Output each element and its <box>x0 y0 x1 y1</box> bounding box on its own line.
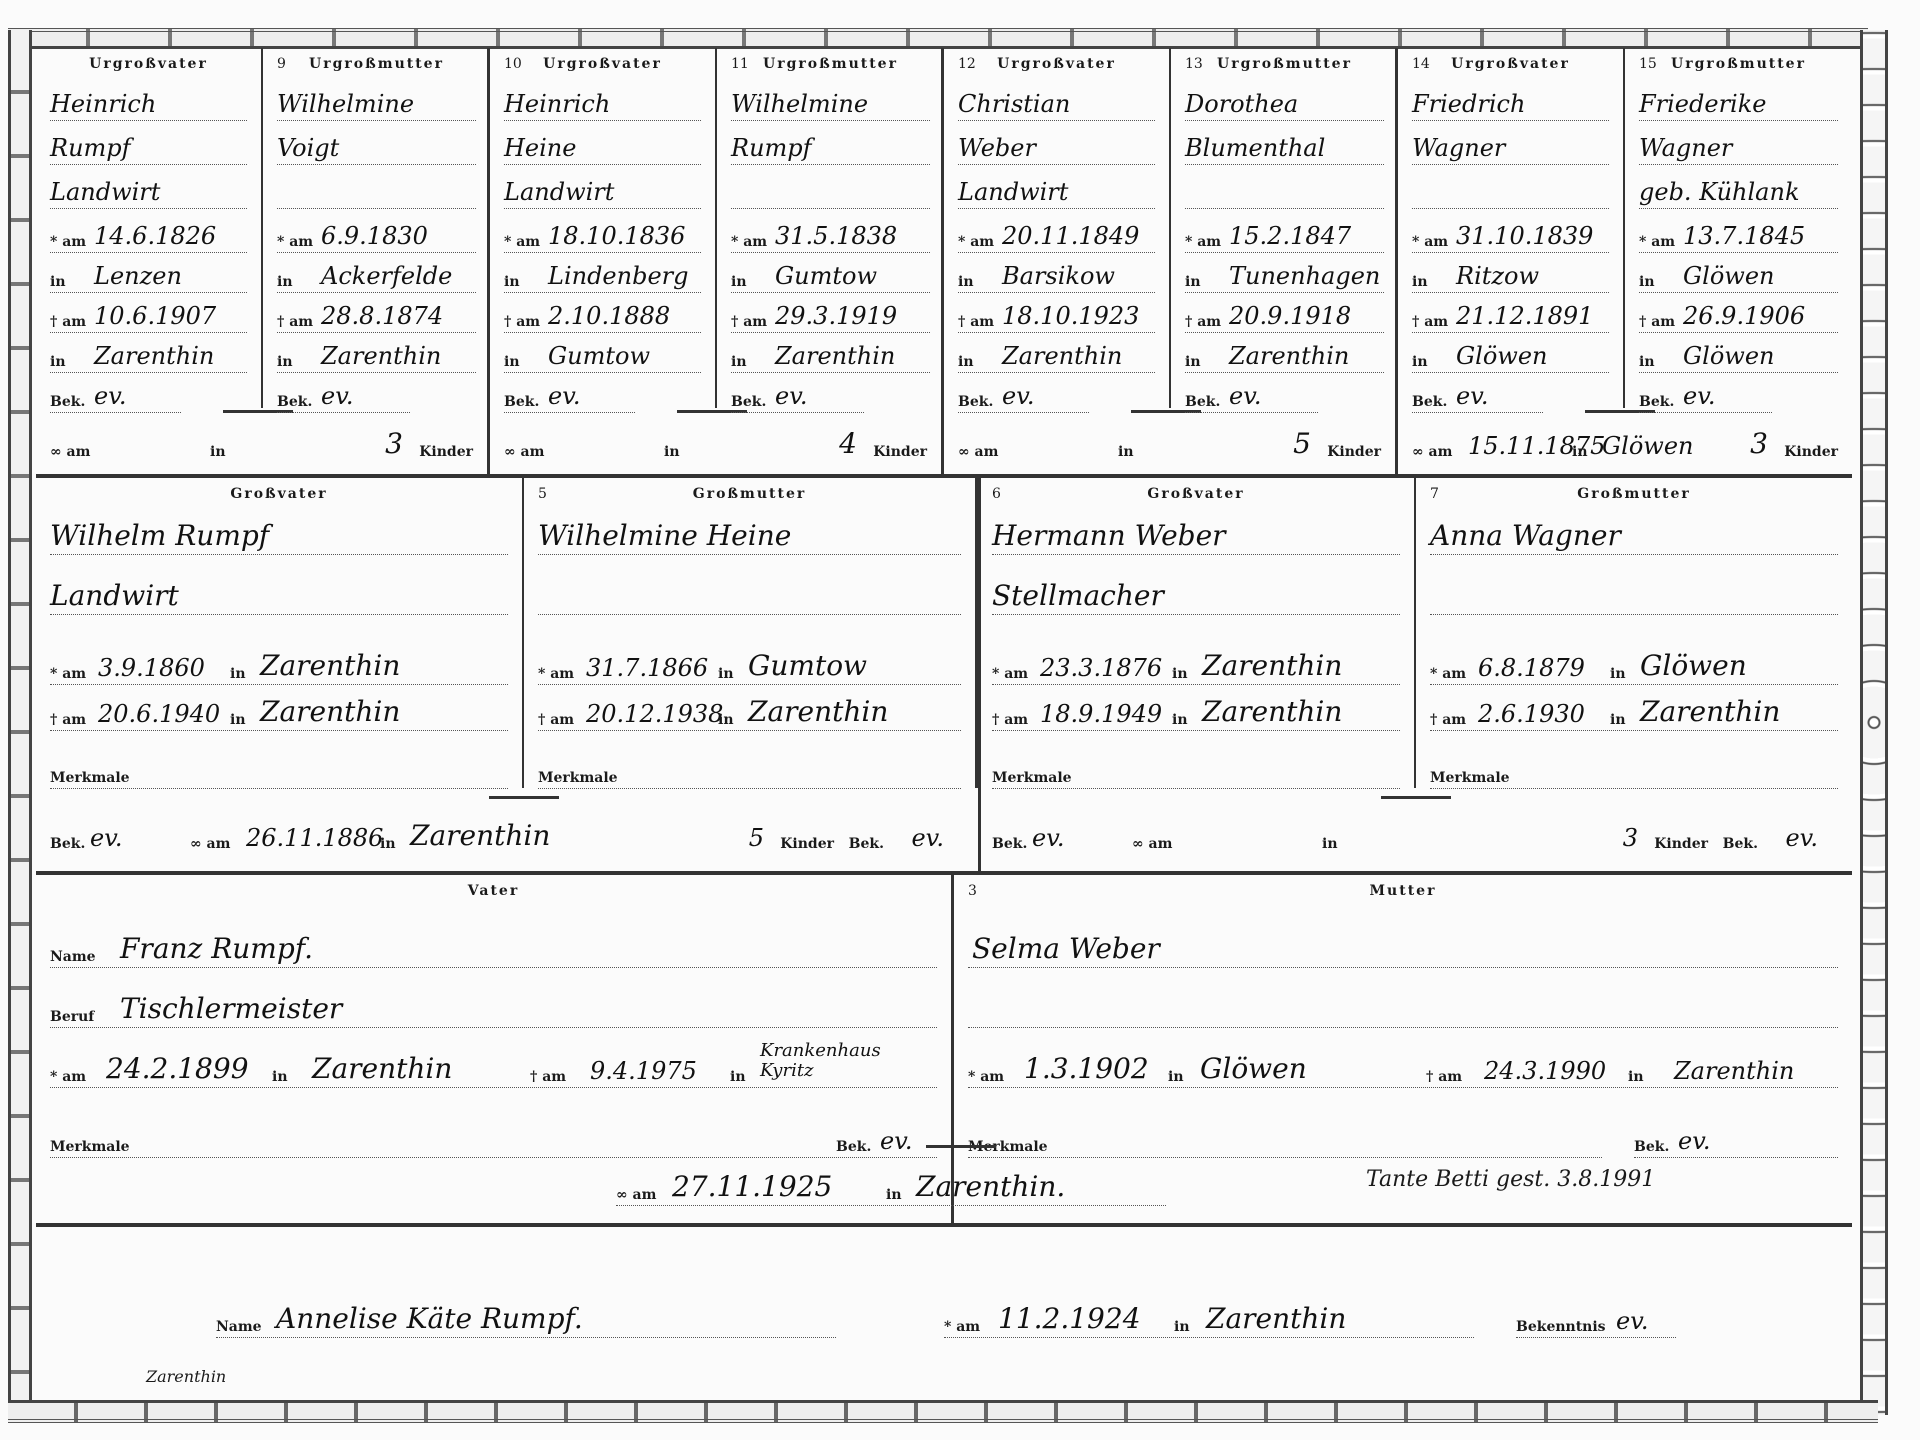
name-line: Wilhelmine <box>277 80 476 121</box>
name-line: Rumpf <box>731 124 930 165</box>
died-date: 2.6.1930 <box>1478 700 1585 728</box>
born-label: * am <box>992 666 1028 682</box>
name-line: Friederike <box>1639 80 1838 121</box>
record-line: inLindenberg <box>504 252 701 293</box>
father-died-date: 9.4.1975 <box>590 1057 697 1085</box>
name-label: Name <box>50 949 96 965</box>
parents-marriage-line: ∞ am 27.11.1925 in Zarenthin. <box>616 1165 1166 1206</box>
field-value: 18.10.1836 <box>548 222 685 250</box>
mother-bek: ev. <box>1678 1127 1711 1155</box>
record-line: † am18.10.1923 <box>958 292 1155 333</box>
name-text: Anna Wagner <box>1430 519 1621 552</box>
record-line: inBarsikow <box>958 252 1155 293</box>
field-label: in <box>50 354 66 370</box>
field-label: in <box>504 354 520 370</box>
field-value: ev. <box>775 382 808 410</box>
column-divider <box>978 478 981 871</box>
name-line: Rumpf <box>50 124 247 165</box>
record-line: inGumtow <box>504 332 701 373</box>
name-text: geb. Kühlank <box>1639 178 1800 206</box>
merkmale-line: Merkmale <box>1430 748 1838 789</box>
field-value: 14.6.1826 <box>94 222 216 250</box>
died-place: Zarenthin <box>1640 695 1780 728</box>
field-value: 10.6.1907 <box>94 302 216 330</box>
born-date: 31.7.1866 <box>586 654 708 682</box>
name-text: Wagner <box>1412 134 1505 162</box>
field-value: Zarenthin <box>1002 342 1122 370</box>
record-line: inZarenthin <box>50 332 247 373</box>
child-name: Annelise Käte Rumpf. <box>276 1302 583 1335</box>
record-line: † am26.9.1906 <box>1639 292 1838 333</box>
parents-marriage-date: 27.11.1925 <box>672 1170 832 1203</box>
children-count: 3 <box>1623 824 1638 852</box>
field-label: Bek. <box>1639 394 1674 410</box>
married-label: ∞ am <box>1132 836 1172 852</box>
born-date: 23.3.1876 <box>1040 654 1162 682</box>
field-label: Bek. <box>958 394 993 410</box>
record-line: † am28.8.1874 <box>277 292 476 333</box>
field-label: in <box>1412 354 1428 370</box>
name-line: Landwirt <box>504 168 701 209</box>
field-label: Bek. <box>277 394 312 410</box>
field-value: ev. <box>1002 382 1035 410</box>
bek-label: Bek. <box>1723 836 1758 852</box>
name-text: Weber <box>958 134 1036 162</box>
merkmale-label: Merkmale <box>50 1139 130 1155</box>
in-label: in <box>1118 444 1134 460</box>
record-line: inGumtow <box>731 252 930 293</box>
mother-born-date: 1.3.1902 <box>1024 1052 1149 1085</box>
field-label: † am <box>504 314 540 330</box>
field-value: 6.9.1830 <box>321 222 428 250</box>
field-value: 18.10.1923 <box>1002 302 1139 330</box>
in-label: in <box>1610 712 1626 728</box>
field-label: † am <box>1185 314 1221 330</box>
field-value: Zarenthin <box>321 342 441 370</box>
name-line: Wilhelm Rumpf <box>50 514 508 555</box>
merkmale-label: Merkmale <box>1430 770 1510 786</box>
field-value: ev. <box>1456 382 1489 410</box>
record-line: * am20.11.1849 <box>958 212 1155 253</box>
mother-died-date: 24.3.1990 <box>1484 1057 1606 1085</box>
field-value: Lindenberg <box>548 262 689 290</box>
name-line <box>277 168 476 209</box>
decorative-border-right <box>1860 30 1888 1415</box>
born-place: Zarenthin <box>260 649 400 682</box>
connector-line <box>926 1145 996 1148</box>
mother-born-place: Glöwen <box>1200 1052 1307 1085</box>
kinder-label: Kinder <box>873 444 927 460</box>
death-line: † am18.9.1949inZarenthin <box>992 690 1400 731</box>
married-label: ∞ am <box>1412 444 1452 460</box>
father-died-place: Krankenhaus Kyritz <box>760 1041 880 1081</box>
marriage-line: ∞ amin3Kinder <box>50 426 473 462</box>
mother-name: Selma Weber <box>972 932 1160 965</box>
in-label: in <box>230 666 246 682</box>
born-label: * am <box>50 666 86 682</box>
field-value: 29.3.1919 <box>775 302 897 330</box>
married-label: ∞ am <box>190 836 230 852</box>
record-line: * am31.5.1838 <box>731 212 930 253</box>
name-line <box>1430 574 1838 615</box>
record-line: † am21.12.1891 <box>1412 292 1609 333</box>
great-grandparent-couple-card: ∞ amin5Kinder12UrgroßvaterChristianWeber… <box>944 48 1398 474</box>
in-label: in <box>1322 836 1338 852</box>
record-line: inGlöwen <box>1639 252 1838 293</box>
in-label: in <box>1174 1319 1190 1335</box>
name-line: Stellmacher <box>992 574 1400 615</box>
kinder-label: Kinder <box>1327 444 1381 460</box>
name-text: Landwirt <box>50 579 179 612</box>
children-count: 5 <box>1293 427 1311 460</box>
record-line: Bek.ev. <box>731 372 864 413</box>
name-line <box>1185 168 1384 209</box>
birth-line: * am3.9.1860inZarenthin <box>50 644 508 685</box>
child-bekenntnis: ev. <box>1616 1307 1649 1335</box>
field-label: * am <box>504 234 540 250</box>
role-label: Urgroßmutter <box>717 56 944 72</box>
field-value: 31.5.1838 <box>775 222 897 250</box>
field-value: ev. <box>321 382 354 410</box>
grandparent-7: 7GroßmutterAnna Wagner* am6.8.1879inGlöw… <box>1416 478 1852 788</box>
died-label: † am <box>1430 712 1466 728</box>
marriage-line: ∞ amin4Kinder <box>504 426 927 462</box>
great-grandparent-couple-card: ∞ am15.11.1875inGlöwen3Kinder14Urgroßvat… <box>1398 48 1852 474</box>
record-line: * am14.6.1826 <box>50 212 247 253</box>
role-label: Urgroßmutter <box>263 56 490 72</box>
name-text: Heinrich <box>50 90 156 118</box>
married-label: ∞ am <box>958 444 998 460</box>
bek-label: Bek. <box>849 836 884 852</box>
great-grandparent-8: UrgroßvaterHeinrichRumpfLandwirt* am14.6… <box>36 48 263 408</box>
name-text: Wilhelmine Heine <box>538 519 791 552</box>
born-place: Gumtow <box>748 649 867 682</box>
born-label: * am <box>538 666 574 682</box>
in-label: in <box>380 836 396 852</box>
record-line: inRitzow <box>1412 252 1609 293</box>
role-label: Urgroßmutter <box>1625 56 1852 72</box>
in-label: in <box>1572 444 1588 460</box>
name-line: Christian <box>958 80 1155 121</box>
name-line <box>538 574 961 615</box>
died-date: 18.9.1949 <box>1040 700 1162 728</box>
record-line: inGlöwen <box>1639 332 1838 373</box>
name-line: Hermann Weber <box>992 514 1400 555</box>
died-date: 20.12.1938 <box>586 700 723 728</box>
name-text: Landwirt <box>504 178 614 206</box>
field-value: 15.2.1847 <box>1229 222 1351 250</box>
birth-line: * am6.8.1879inGlöwen <box>1430 644 1838 685</box>
field-label: * am <box>1185 234 1221 250</box>
died-label: † am <box>1426 1069 1462 1085</box>
great-grandparent-12: 12UrgroßvaterChristianWeberLandwirt* am2… <box>944 48 1171 408</box>
born-place: Zarenthin <box>1202 649 1342 682</box>
died-label: † am <box>992 712 1028 728</box>
in-label: in <box>718 712 734 728</box>
record-line: * am31.10.1839 <box>1412 212 1609 253</box>
field-label: Bek. <box>50 394 85 410</box>
parents-marriage-place: Zarenthin. <box>916 1170 1065 1203</box>
field-label: in <box>504 274 520 290</box>
field-label: * am <box>277 234 313 250</box>
name-text: Friederike <box>1639 90 1766 118</box>
role-label: Großvater <box>36 486 522 502</box>
record-line: Bek.ev. <box>50 372 181 413</box>
in-label: in <box>272 1069 288 1085</box>
role-label: Urgroßvater <box>944 56 1169 72</box>
field-value: Lenzen <box>94 262 182 290</box>
field-label: * am <box>958 234 994 250</box>
birth-line: * am23.3.1876inZarenthin <box>992 644 1400 685</box>
field-value: ev. <box>1229 382 1262 410</box>
mother-role-label: Mutter <box>954 883 1852 899</box>
died-label: † am <box>530 1069 566 1085</box>
name-text: Blumenthal <box>1185 134 1325 162</box>
born-label: * am <box>50 1069 86 1085</box>
great-grandparent-13: 13UrgroßmutterDorotheaBlumenthal* am15.2… <box>1171 48 1398 408</box>
great-grandparent-15: 15UrgroßmutterFriederikeWagnergeb. Kühla… <box>1625 48 1852 408</box>
bek-value: ev. <box>90 824 123 852</box>
record-line: Bek.ev. <box>1639 372 1772 413</box>
field-label: in <box>50 274 66 290</box>
record-line: inZarenthin <box>277 332 476 373</box>
born-place: Glöwen <box>1640 649 1747 682</box>
in-label: in <box>664 444 680 460</box>
name-line: Blumenthal <box>1185 124 1384 165</box>
born-label: * am <box>1430 666 1466 682</box>
field-label: in <box>1412 274 1428 290</box>
role-label: Urgroßmutter <box>1171 56 1398 72</box>
beruf-label: Beruf <box>50 1009 94 1025</box>
name-text: Dorothea <box>1185 90 1298 118</box>
annotation-note: Tante Betti gest. 3.8.1991 <box>1366 1167 1655 1192</box>
field-label: in <box>731 274 747 290</box>
decorative-border-top <box>8 28 1868 49</box>
field-label: * am <box>731 234 767 250</box>
in-label: in <box>1610 666 1626 682</box>
child-born-place: Zarenthin <box>1206 1302 1346 1335</box>
died-place: Zarenthin <box>260 695 400 728</box>
child-born-date: 11.2.1924 <box>998 1302 1141 1335</box>
field-value: 20.9.1918 <box>1229 302 1351 330</box>
died-label: † am <box>538 712 574 728</box>
field-value: Zarenthin <box>775 342 895 370</box>
merkmale-label: Merkmale <box>992 770 1072 786</box>
field-label: * am <box>50 234 86 250</box>
bek-label: Bek. <box>836 1139 871 1155</box>
role-label: Urgroßvater <box>1398 56 1623 72</box>
name-line: Landwirt <box>50 574 508 615</box>
great-grandparent-9: 9UrgroßmutterWilhelmineVoigt* am6.9.1830… <box>263 48 490 408</box>
record-line: Bek.ev. <box>1185 372 1318 413</box>
field-value: Gumtow <box>775 262 877 290</box>
in-label: in <box>1172 712 1188 728</box>
connector-line <box>489 796 559 799</box>
died-place: Zarenthin <box>1202 695 1342 728</box>
field-label: in <box>1185 274 1201 290</box>
field-label: in <box>1639 354 1655 370</box>
field-value: 31.10.1839 <box>1456 222 1593 250</box>
field-label: Bek. <box>731 394 766 410</box>
name-line: Wilhelmine <box>731 80 930 121</box>
name-line: Weber <box>958 124 1155 165</box>
name-text: Heine <box>504 134 576 162</box>
died-label: † am <box>50 712 86 728</box>
record-line: Bek.ev. <box>504 372 635 413</box>
record-line: Bek.ev. <box>1412 372 1543 413</box>
record-line: * am15.2.1847 <box>1185 212 1384 253</box>
name-line: Wilhelmine Heine <box>538 514 961 555</box>
field-label: † am <box>958 314 994 330</box>
grandparent-marriage-line: Bek.ev.∞ am26.11.1886inZarenthin5KinderB… <box>50 818 964 854</box>
died-place: Zarenthin <box>748 695 888 728</box>
field-value: Gumtow <box>548 342 650 370</box>
child-bekenntnis-line: Bekenntnis ev. <box>1516 1297 1676 1338</box>
merkmale-line: Merkmale <box>50 748 508 789</box>
father-occupation: Tischlermeister <box>120 992 342 1025</box>
field-label: in <box>958 354 974 370</box>
role-label: Großvater <box>978 486 1414 502</box>
field-value: Zarenthin <box>1229 342 1349 370</box>
name-line: Heine <box>504 124 701 165</box>
marriage-place: Zarenthin <box>410 819 550 852</box>
born-date: 3.9.1860 <box>98 654 205 682</box>
field-value: Ackerfelde <box>321 262 452 290</box>
field-label: * am <box>1412 234 1448 250</box>
in-label: in <box>886 1187 902 1203</box>
field-value: 20.11.1849 <box>1002 222 1139 250</box>
great-grandparent-couple-card: ∞ amin4Kinder10UrgroßvaterHeinrichHeineL… <box>490 48 944 474</box>
decorative-border-bottom <box>8 1400 1878 1423</box>
name-line: Dorothea <box>1185 80 1384 121</box>
marriage-line: ∞ am15.11.1875inGlöwen3Kinder <box>1412 426 1838 462</box>
field-label: in <box>731 354 747 370</box>
ancestry-chart-page: ∞ amin3KinderUrgroßvaterHeinrichRumpfLan… <box>0 0 1920 1440</box>
in-label: in <box>1168 1069 1184 1085</box>
field-value: ev. <box>94 382 127 410</box>
name-line <box>731 168 930 209</box>
name-text: Hermann Weber <box>992 519 1226 552</box>
connector-line <box>1381 796 1451 799</box>
name-text: Rumpf <box>731 134 812 162</box>
field-label: Bek. <box>504 394 539 410</box>
field-value: 26.9.1906 <box>1683 302 1805 330</box>
record-line: † am2.10.1888 <box>504 292 701 333</box>
name-text: Christian <box>958 90 1070 118</box>
in-label: in <box>230 712 246 728</box>
record-line: † am20.9.1918 <box>1185 292 1384 333</box>
field-value: 13.7.1845 <box>1683 222 1805 250</box>
record-line: inLenzen <box>50 252 247 293</box>
record-line: Bek.ev. <box>277 372 410 413</box>
record-line: Bek.ev. <box>958 372 1089 413</box>
bek-value: ev. <box>911 824 944 852</box>
marriage-place: Glöwen <box>1602 432 1694 460</box>
field-value: Glöwen <box>1683 262 1775 290</box>
record-line: * am18.10.1836 <box>504 212 701 253</box>
children-count: 4 <box>839 427 857 460</box>
child-name-line: Name Annelise Käte Rumpf. <box>216 1297 836 1338</box>
kinder-label: Kinder <box>419 444 473 460</box>
name-text: Wagner <box>1639 134 1732 162</box>
name-line: Landwirt <box>50 168 247 209</box>
born-date: 6.8.1879 <box>1478 654 1585 682</box>
married-label: ∞ am <box>616 1187 656 1203</box>
name-line: Heinrich <box>504 80 701 121</box>
name-text: Heinrich <box>504 90 610 118</box>
death-line: † am20.6.1940inZarenthin <box>50 690 508 731</box>
field-value: ev. <box>548 382 581 410</box>
field-label: in <box>277 274 293 290</box>
in-label: in <box>730 1069 746 1085</box>
father-name: Franz Rumpf. <box>120 932 313 965</box>
field-value: Glöwen <box>1456 342 1548 370</box>
great-grandparents-row: ∞ amin3KinderUrgroßvaterHeinrichRumpfLan… <box>36 48 1852 478</box>
married-label: ∞ am <box>504 444 544 460</box>
in-label: in <box>1172 666 1188 682</box>
child-birth-line: * am 11.2.1924 in Zarenthin <box>944 1297 1474 1338</box>
bek-value: ev. <box>1785 824 1818 852</box>
grandparents-row: GroßvaterWilhelm RumpfLandwirt* am3.9.18… <box>36 478 1852 875</box>
merkmale-line: Merkmale <box>992 748 1400 789</box>
bek-label: Bek. <box>50 836 85 852</box>
merkmale-label: Merkmale <box>538 770 618 786</box>
field-label: * am <box>1639 234 1675 250</box>
grandparent-marriage-line: Bek.ev.∞ amin3KinderBek.ev. <box>992 818 1838 854</box>
father-born-date: 24.2.1899 <box>106 1052 249 1085</box>
great-grandparent-10: 10UrgroßvaterHeinrichHeineLandwirt* am18… <box>490 48 717 408</box>
child-row: Name Annelise Käte Rumpf. * am 11.2.1924… <box>36 1227 1852 1400</box>
margin-note: Zarenthin <box>146 1367 226 1386</box>
field-label: in <box>277 354 293 370</box>
grandparent-5: 5GroßmutterWilhelmine Heine* am31.7.1866… <box>524 478 978 788</box>
kinder-label: Kinder <box>1654 836 1708 852</box>
name-line <box>1412 168 1609 209</box>
record-line: inAckerfelde <box>277 252 476 293</box>
grandparent-6: 6GroßvaterHermann WeberStellmacher* am23… <box>978 478 1416 788</box>
grandparent-4: GroßvaterWilhelm RumpfLandwirt* am3.9.18… <box>36 478 524 788</box>
father-bek: ev. <box>880 1127 913 1155</box>
field-label: in <box>1185 354 1201 370</box>
in-label: in <box>210 444 226 460</box>
field-label: in <box>958 274 974 290</box>
great-grandparent-11: 11UrgroßmutterWilhelmineRumpf* am31.5.18… <box>717 48 944 408</box>
bekenntnis-label: Bekenntnis <box>1516 1319 1606 1335</box>
marriage-line: ∞ amin5Kinder <box>958 426 1381 462</box>
field-value: 28.8.1874 <box>321 302 443 330</box>
field-value: Ritzow <box>1456 262 1539 290</box>
name-label: Name <box>216 1319 262 1335</box>
field-label: Bek. <box>1185 394 1220 410</box>
record-line: * am13.7.1845 <box>1639 212 1838 253</box>
name-line: Wagner <box>1412 124 1609 165</box>
born-label: * am <box>944 1319 980 1335</box>
field-label: † am <box>1412 314 1448 330</box>
field-value: Barsikow <box>1002 262 1115 290</box>
in-label: in <box>1628 1069 1644 1085</box>
record-line: inGlöwen <box>1412 332 1609 373</box>
record-line: inTunenhagen <box>1185 252 1384 293</box>
field-label: † am <box>50 314 86 330</box>
born-label: * am <box>968 1069 1004 1085</box>
name-text: Stellmacher <box>992 579 1164 612</box>
record-line: † am29.3.1919 <box>731 292 930 333</box>
field-value: Tunenhagen <box>1229 262 1380 290</box>
died-date: 20.6.1940 <box>98 700 220 728</box>
bek-label: Bek. <box>1634 1139 1669 1155</box>
in-label: in <box>718 666 734 682</box>
kinder-label: Kinder <box>780 836 834 852</box>
